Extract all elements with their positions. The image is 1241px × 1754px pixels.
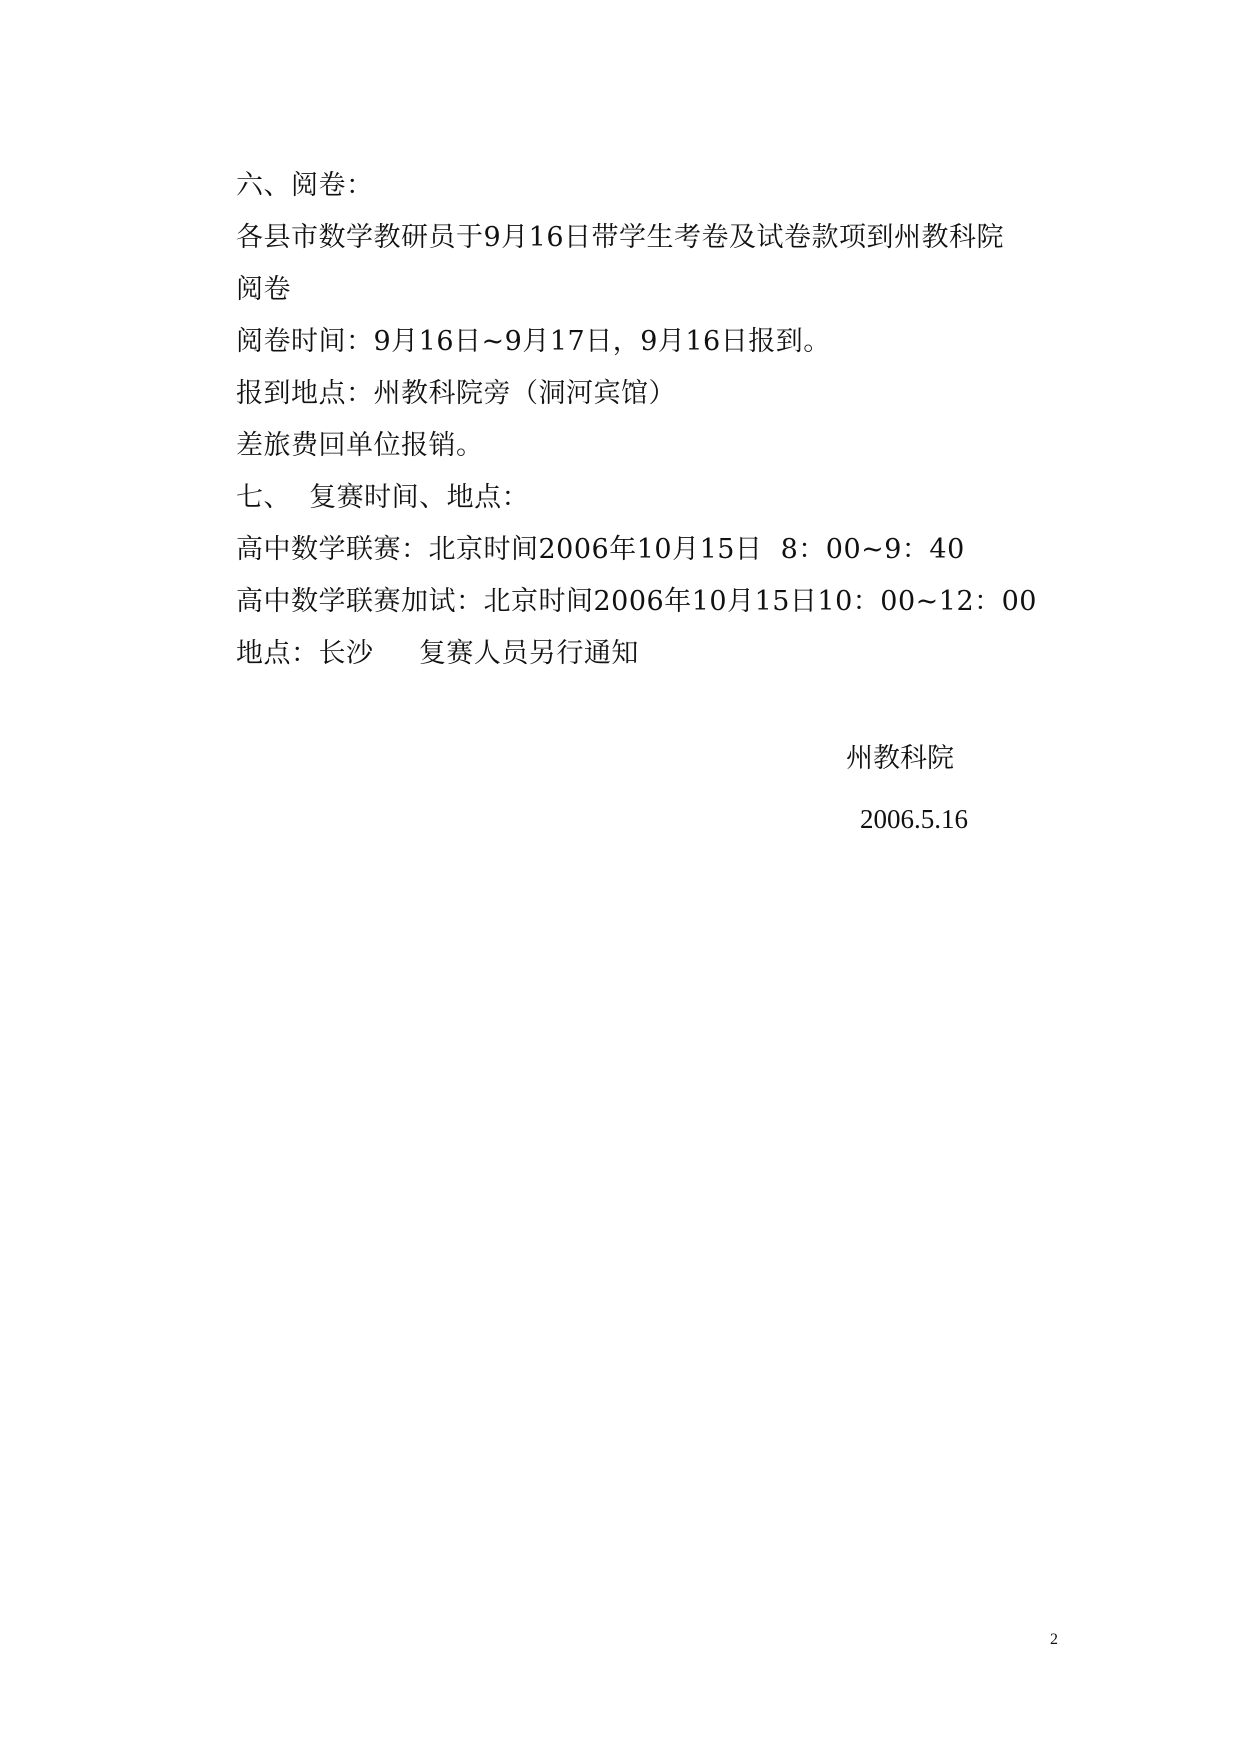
section-heading-grading: 六、阅卷： bbox=[236, 170, 374, 202]
finals-extra-time: 高中数学联赛加试：北京时间2006年10月15日10：00~12：00 bbox=[236, 586, 1037, 618]
signature-organization: 州教科院 bbox=[846, 743, 954, 775]
finals-main-time: 高中数学联赛：北京时间2006年10月15日 8：00~9：40 bbox=[236, 534, 965, 566]
grading-time: 阅卷时间：9月16日~9月17日，9月16日报到。 bbox=[236, 326, 831, 358]
paragraph-grading-instructions: 各县市数学教研员于9月16日带学生考卷及试卷款项到州教科院 bbox=[236, 222, 1004, 254]
section-heading-finals: 七、 复赛时间、地点： bbox=[236, 482, 529, 514]
report-location: 报到地点：州教科院旁（洞河宾馆） bbox=[236, 378, 676, 410]
finals-location: 地点：长沙 复赛人员另行通知 bbox=[236, 638, 639, 670]
page-number: 2 bbox=[1050, 1630, 1058, 1650]
signature-date: 2006.5.16 bbox=[860, 803, 968, 835]
travel-expense-note: 差旅费回单位报销。 bbox=[236, 430, 484, 462]
paragraph-grading-instructions-cont: 阅卷 bbox=[236, 274, 291, 306]
document-page: 六、阅卷： 各县市数学教研员于9月16日带学生考卷及试卷款项到州教科院 阅卷 阅… bbox=[0, 0, 1241, 1754]
